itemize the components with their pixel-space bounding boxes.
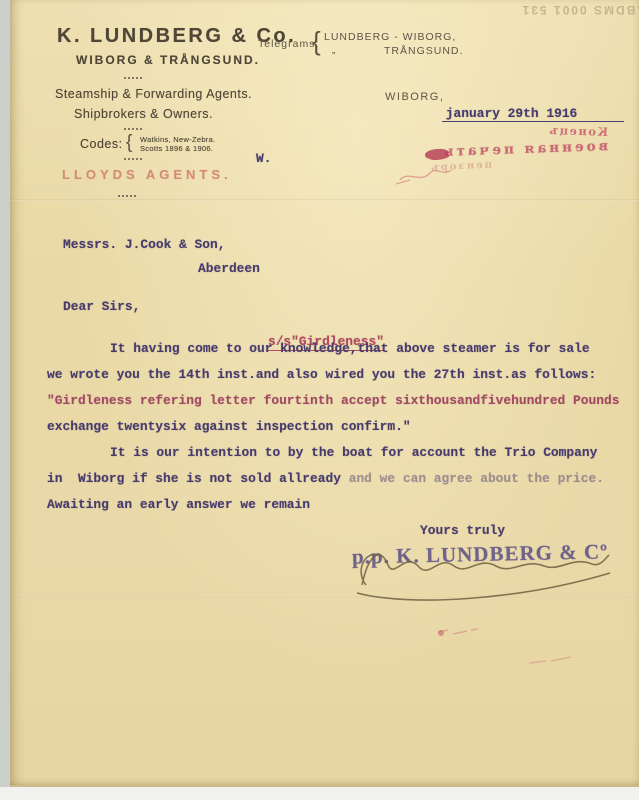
divider-ornament bbox=[118, 195, 136, 197]
body-line: we wrote you the 14th inst.and also wire… bbox=[47, 367, 596, 382]
body-line: in Wiborg if she is not sold allready an… bbox=[47, 471, 604, 486]
codes-brace: { bbox=[126, 132, 132, 154]
censor-stamp-line-1: Конецъ bbox=[548, 123, 609, 139]
body-line: It having come to our knowledge,that abo… bbox=[110, 341, 590, 356]
scan-background-edge bbox=[0, 0, 10, 787]
telegrams-brace: { bbox=[312, 26, 321, 57]
telegrams-address-2: TRÅNGSUND. bbox=[384, 45, 463, 57]
archive-reference-mark: ABDMS 0001 531 bbox=[498, 3, 639, 17]
business-line-2: Shipbrokers & Owners. bbox=[74, 107, 213, 121]
company-location: WIBORG & TRÅNGSUND. bbox=[76, 53, 260, 67]
fold-crease-lower bbox=[10, 597, 639, 599]
typed-w-mark: W. bbox=[256, 151, 271, 166]
company-signature-stamp: p.p. K. LUNDBERG & Cº bbox=[352, 539, 609, 569]
typed-date: january 29th 1916 bbox=[442, 106, 624, 122]
telegrams-address-1: LUNDBERG - WIBORG, bbox=[324, 31, 456, 43]
censor-stamp-line-3: цензоръ bbox=[429, 159, 492, 173]
recipient-line-1: Messrs. J.Cook & Son, bbox=[63, 237, 225, 252]
divider-ornament bbox=[124, 128, 142, 130]
censor-stamp-line-2: военная печать bbox=[441, 138, 608, 160]
salutation: Dear Sirs, bbox=[63, 299, 140, 314]
codes-label: Codes: bbox=[80, 137, 123, 151]
ink-smudge-marks bbox=[438, 629, 571, 663]
business-line-1: Steamship & Forwarding Agents. bbox=[55, 87, 252, 101]
fold-crease-upper bbox=[10, 199, 639, 201]
telegrams-label: Telegrams: bbox=[258, 38, 319, 50]
body-line-part: in Wiborg if she is not sold allready bbox=[47, 471, 349, 486]
body-line-telegram-quote: "Girdleness refering letter fourtinth ac… bbox=[47, 393, 619, 408]
lloyds-agents-line: LLOYDS AGENTS. bbox=[62, 167, 232, 182]
body-line-telegram-quote: exchange twentysix against inspection co… bbox=[47, 419, 411, 434]
body-line: It is our intention to by the boat for a… bbox=[110, 445, 597, 460]
scanned-letter-page: { "page": { "archive_mark": "ABDMS 0001 … bbox=[0, 0, 639, 800]
recipient-line-2: Aberdeen bbox=[198, 261, 260, 276]
body-line-faded-part: and we can agree about the price. bbox=[349, 471, 604, 486]
divider-ornament bbox=[124, 158, 142, 160]
telegrams-ditto-mark: „ bbox=[332, 44, 337, 56]
codes-line-2: Scotts 1896 & 1906. bbox=[140, 144, 213, 153]
codes-line-1: Watkins, New-Zebra. bbox=[140, 135, 215, 144]
closing-line: Yours truly bbox=[420, 523, 505, 538]
body-line: Awaiting an early answer we remain bbox=[47, 497, 310, 512]
letter-paper: ABDMS 0001 531 K. LUNDBERG & Co. WIBORG … bbox=[10, 0, 639, 787]
divider-ornament bbox=[124, 77, 142, 79]
